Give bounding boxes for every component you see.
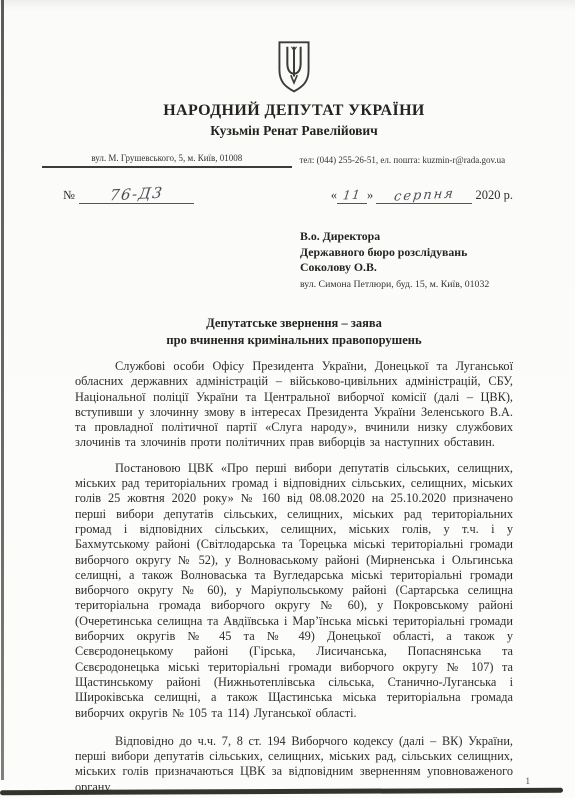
paragraph-intro: Службові особи Офісу Президента України,… — [75, 359, 513, 451]
paragraph-election-code: Відповідно до ч.ч. 7, 8 ст. 194 Виборчог… — [75, 734, 513, 795]
document-title: Депутатське звернення – заява про вчинен… — [75, 315, 513, 349]
recipient-position: В.о. Директора — [300, 229, 513, 245]
letterhead-address: вул. М. Грушевського, 5, м. Київ, 01008 — [42, 153, 292, 168]
letterhead-title: НАРОДНИЙ ДЕПУТАТ УКРАЇНИ — [75, 102, 513, 120]
date-line: «11» серпня 2020 р. — [331, 188, 513, 204]
recipient-name: Соколову О.В. — [300, 260, 513, 276]
recipient-block: В.о. Директора Державного бюро розслідув… — [300, 229, 513, 292]
document-title-line1: Депутатське звернення – заява — [75, 315, 513, 332]
letterhead-name: Кузьмін Ренат Равелійович — [75, 123, 513, 139]
emblem-container — [75, 0, 513, 94]
date-close-quote: » — [367, 188, 373, 202]
reference-number-label: № — [63, 188, 75, 202]
recipient-address: вул. Симона Петлюри, буд. 15, м. Київ, 0… — [300, 277, 513, 293]
date-day-handwritten: 11 — [342, 187, 362, 202]
reference-number-handwritten: 76-Д3 — [109, 184, 165, 205]
date-month-handwritten: серпня — [393, 186, 456, 204]
scan-artifact-left-edge — [1, 0, 4, 780]
letterhead-contacts: тел: (044) 255-26-51, ел. пошта: kuzmin-… — [292, 155, 513, 168]
document-content: НАРОДНИЙ ДЕПУТАТ УКРАЇНИ Кузьмін Ренат Р… — [0, 0, 575, 795]
letterhead-contact-row: вул. М. Грушевського, 5, м. Київ, 01008 … — [42, 153, 513, 168]
reference-row: №76-Д3 «11» серпня 2020 р. — [63, 185, 513, 204]
reference-number-line: №76-Д3 — [63, 185, 194, 204]
page-number: 1 — [526, 776, 531, 786]
date-year: 2020 р. — [476, 188, 514, 202]
document-title-line2: про вчинення кримінальних правопорушень — [75, 332, 513, 349]
date-day-underline: 11 — [337, 188, 367, 204]
document-page: НАРОДНИЙ ДЕПУТАТ УКРАЇНИ Кузьмін Ренат Р… — [0, 0, 575, 798]
date-month-underline: серпня — [376, 188, 472, 204]
trident-emblem-icon — [275, 40, 313, 94]
recipient-organization: Державного бюро розслідувань — [300, 245, 513, 261]
paragraph-cvk-resolution: Постановою ЦВК «Про перші вибори депутат… — [75, 461, 513, 721]
reference-number-underline: 76-Д3 — [79, 185, 194, 204]
